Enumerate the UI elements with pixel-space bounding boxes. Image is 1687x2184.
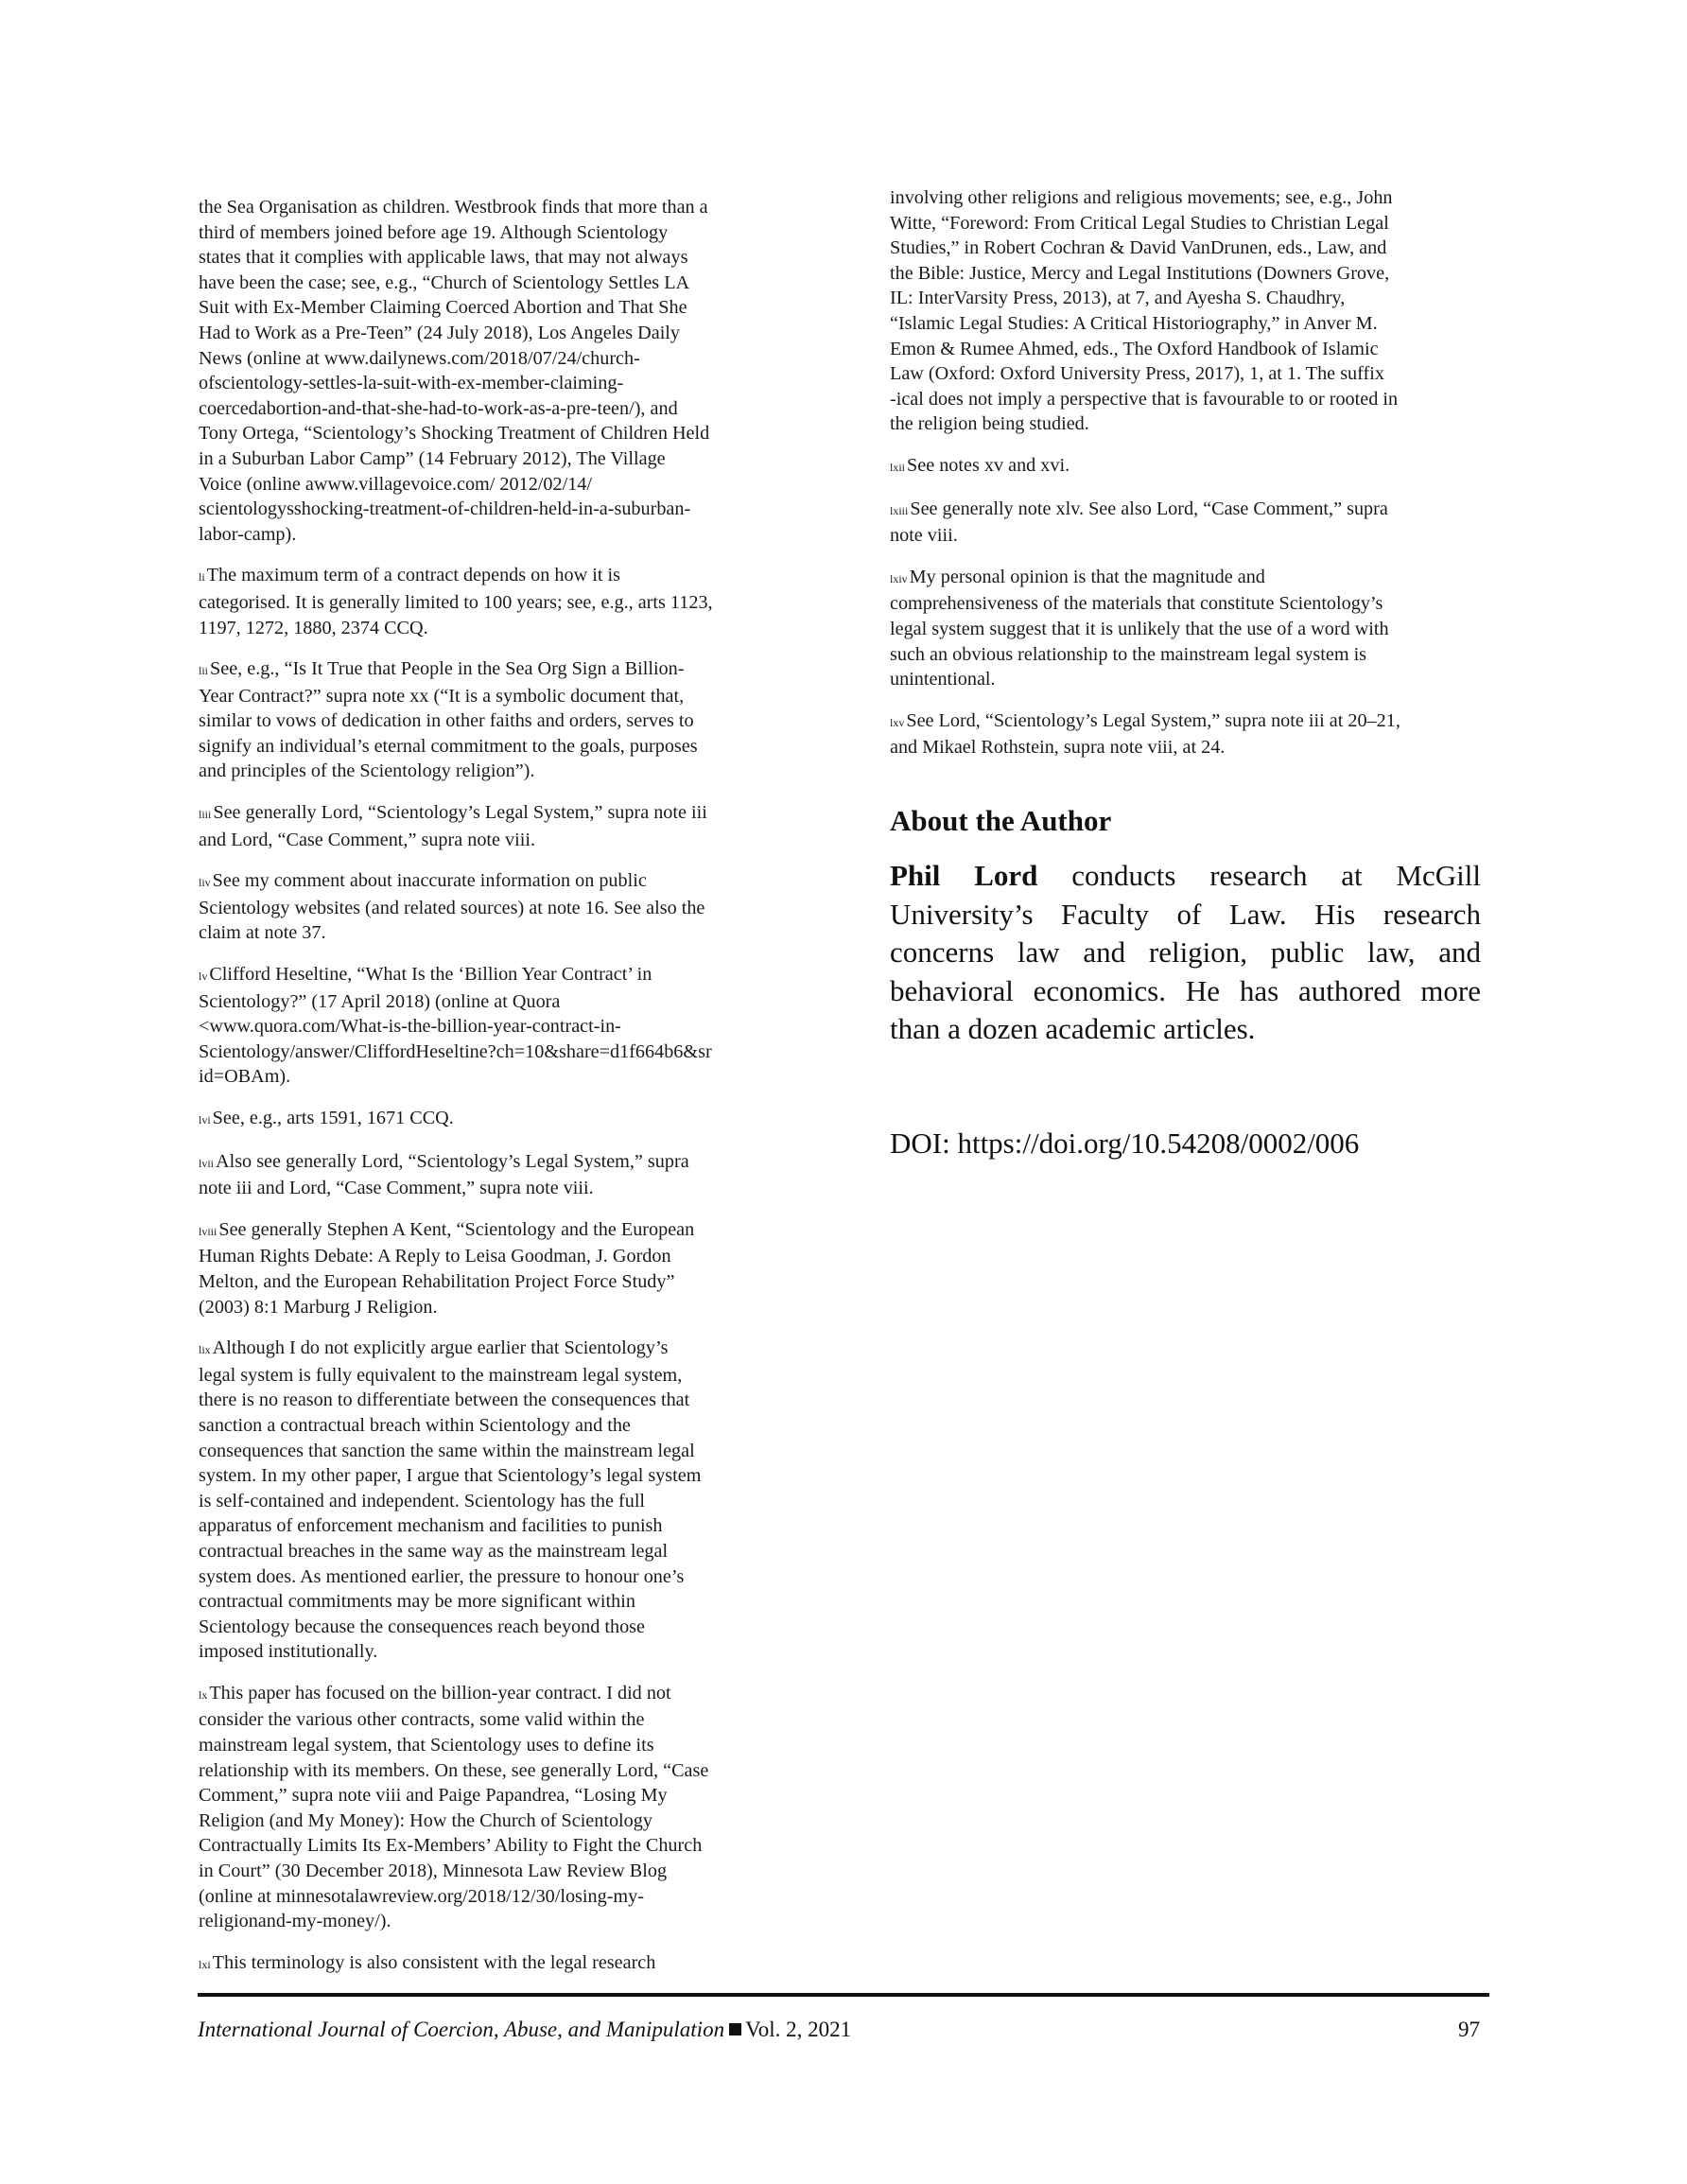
footnote: involving other religions and religious … [890,185,1481,437]
footnote-marker: lii [199,664,208,677]
footnote-marker: lvii [199,1157,214,1170]
footnote-marker: lxii [890,461,905,474]
footnote-line: religionand-my-money/). [199,1909,790,1934]
footnote-line: labor-camp). [199,522,790,548]
footnote: lviSee, e.g., arts 1591, 1671 CCQ. [199,1106,790,1133]
footnote-line: mainstream legal system, that Scientolog… [199,1733,790,1758]
footnote-line: contractual commitments may be more sign… [199,1589,790,1615]
footnote-line: states that it complies with applicable … [199,245,790,271]
footnote-marker: lviii [199,1225,217,1238]
footnote-line: <www.quora.com/What-is-the-billion-year-… [199,1014,790,1040]
footnote-line: Religion (and My Money): How the Church … [199,1808,790,1834]
footnote-line: claim at note 37. [199,920,790,946]
footnote-line: such an obvious relationship to the main… [890,642,1481,668]
footnote-line: lxvSee Lord, “Scientology’s Legal System… [890,708,1481,736]
footnote-line: and Mikael Rothstein, supra note viii, a… [890,735,1481,760]
left-footnote-column: the Sea Organisation as children. Westbr… [199,195,790,1993]
footnote: lxivMy personal opinion is that the magn… [890,565,1481,692]
footnote-line: relationship with its members. On these,… [199,1758,790,1784]
footnote-line: legal system is fully equivalent to the … [199,1363,790,1389]
footnote: liiiSee generally Lord, “Scientology’s L… [199,800,790,852]
footnote-line: Scientology because the consequences rea… [199,1615,790,1640]
author-bio: Phil Lord conducts research at McGill Un… [890,857,1481,1049]
footnote-line: liiSee, e.g., “Is It True that People in… [199,656,790,684]
footnote-line: lviiiSee generally Stephen A Kent, “Scie… [199,1217,790,1245]
footnote-marker: li [199,570,205,584]
footnote-line: and Lord, “Case Comment,” supra note vii… [199,828,790,853]
footnote-line: 1197, 1272, 1880, 2374 CCQ. [199,616,790,641]
footnote-line: Human Rights Debate: A Reply to Leisa Go… [199,1244,790,1269]
footnote-line: lxiiiSee generally note xlv. See also Lo… [890,497,1481,524]
footnote-line: system does. As mentioned earlier, the p… [199,1564,790,1590]
footnote-line: in Court” (30 December 2018), Minnesota … [199,1859,790,1884]
footnote-line: lixAlthough I do not explicitly argue ea… [199,1336,790,1363]
footnote-line: Emon & Rumee Ahmed, eds., The Oxford Han… [890,337,1481,362]
footnote-line: sanction a contractual breach within Sci… [199,1413,790,1439]
footnote-line: lxiThis terminology is also consistent w… [199,1950,790,1978]
right-footnote-column: involving other religions and religious … [890,185,1481,777]
footnote-marker: lxi [199,1958,211,1971]
footnote-line: (2003) 8:1 Marburg J Religion. [199,1295,790,1320]
footnote-line: ofscientology-settles-la-suit-with-ex-me… [199,371,790,396]
footnote-line: Tony Ortega, “Scientology’s Shocking Tre… [199,421,790,446]
page-footer: International Journal of Coercion, Abuse… [198,2015,1489,2045]
footnote-line: id=OBAm). [199,1064,790,1090]
about-author-heading: About the Author [890,803,1111,839]
footnote-line: consequences that sanction the same with… [199,1439,790,1464]
footnote-line: scientologysshocking-treatment-of-childr… [199,497,790,522]
footnote-marker: liv [199,876,211,889]
footnote: lixAlthough I do not explicitly argue ea… [199,1336,790,1665]
footnote-line: Melton, and the European Rehabilitation … [199,1269,790,1295]
footnote-line: imposed institutionally. [199,1639,790,1665]
footnote-line: the Bible: Justice, Mercy and Legal Inst… [890,261,1481,287]
footnote-line: and principles of the Scientology religi… [199,759,790,784]
footnote-line: coercedabortion-and-that-she-had-to-work… [199,396,790,422]
footnote-line: Scientology/answer/CliffordHeseltine?ch=… [199,1040,790,1065]
footnote-line: Law (Oxford: Oxford University Press, 20… [890,361,1481,387]
footnote-marker: lix [199,1343,211,1356]
footnote-marker: lvi [199,1113,211,1127]
footnote: liThe maximum term of a contract depends… [199,563,790,640]
footnote: lvClifford Heseltine, “What Is the ‘Bill… [199,962,790,1090]
footnote-line: liiiSee generally Lord, “Scientology’s L… [199,800,790,828]
footnote-line: comprehensiveness of the materials that … [890,591,1481,617]
footnote-line: similar to vows of dedication in other f… [199,708,790,734]
footnote-line: Suit with Ex-Member Claiming Coerced Abo… [199,295,790,321]
author-bio-line: concerns law and religion, public law, a… [890,934,1481,972]
footnote-line: Witte, “Foreword: From Critical Legal St… [890,211,1481,236]
footnote-line: system. In my other paper, I argue that … [199,1463,790,1489]
footnote-line: IL: InterVarsity Press, 2013), at 7, and… [890,286,1481,311]
footnote: lviiiSee generally Stephen A Kent, “Scie… [199,1217,790,1319]
footnote-marker: lx [199,1688,207,1702]
footnote: lxiiiSee generally note xlv. See also Lo… [890,497,1481,549]
footnote-marker: lv [199,970,207,983]
footnote-line: (online at minnesotalawreview.org/2018/1… [199,1884,790,1910]
footnote-line: in a Suburban Labor Camp” (14 February 2… [199,446,790,472]
footnote-line: lxThis paper has focused on the billion-… [199,1681,790,1708]
footnote-marker: lxv [890,716,904,729]
footnote-line: lxivMy personal opinion is that the magn… [890,565,1481,592]
footnote-line: lxiiSee notes xv and xvi. [890,453,1481,480]
footnote: liiSee, e.g., “Is It True that People in… [199,656,790,784]
footnote-line: News (online at www.dailynews.com/2018/0… [199,346,790,372]
doi-link[interactable]: DOI: https://doi.org/10.54208/0002/006 [890,1126,1359,1162]
footnote-line: lviiAlso see generally Lord, “Scientolog… [199,1149,790,1177]
footnote-line: is self-contained and independent. Scien… [199,1489,790,1514]
author-bio-line: University’s Faculty of Law. His researc… [890,896,1481,935]
footnote-line: unintentional. [890,667,1481,692]
footnote-line: involving other religions and religious … [890,185,1481,211]
footnote-line: Voice (online awww.villagevoice.com/ 201… [199,472,790,498]
author-bio-line: Phil Lord conducts research at McGill [890,857,1481,896]
footnote-line: note viii. [890,523,1481,549]
footnote-line: Scientology websites (and related source… [199,896,790,921]
footnote-line: Studies,” in Robert Cochran & David VanD… [890,236,1481,261]
footnote-marker: lxiii [890,504,908,517]
footnote-line: categorised. It is generally limited to … [199,590,790,616]
journal-volume: Vol. 2, 2021 [745,2018,851,2041]
footnote-line: apparatus of enforcement mechanism and f… [199,1513,790,1539]
footnote-line: signify an individual’s eternal commitme… [199,734,790,760]
footnote: lxiiSee notes xv and xvi. [890,453,1481,480]
footnote-line: the religion being studied. [890,411,1481,437]
footnote-marker: liii [199,808,211,821]
footnote-line: there is no reason to differentiate betw… [199,1388,790,1413]
footnote-line: the Sea Organisation as children. Westbr… [199,195,790,220]
author-bio-line: than a dozen academic articles. [890,1010,1481,1049]
page-number: 97 [1458,2015,1480,2045]
author-bio-line: behavioral economics. He has authored mo… [890,972,1481,1011]
journal-title: International Journal of Coercion, Abuse… [198,2018,724,2041]
footnote-line: liThe maximum term of a contract depends… [199,563,790,590]
footnote-line: note iii and Lord, “Case Comment,” supra… [199,1176,790,1201]
footnote-line: Scientology?” (17 April 2018) (online at… [199,989,790,1015]
footnote: lviiAlso see generally Lord, “Scientolog… [199,1149,790,1201]
footnote-line: have been the case; see, e.g., “Church o… [199,271,790,296]
footer-divider [198,1993,1489,1997]
footnote-line: Comment,” supra note viii and Paige Papa… [199,1783,790,1808]
footnote-line: “Islamic Legal Studies: A Critical Histo… [890,311,1481,337]
footnote-line: -ical does not imply a perspective that … [890,387,1481,412]
footnote-line: livSee my comment about inaccurate infor… [199,868,790,896]
author-name: Phil Lord [890,859,1037,892]
footnote: the Sea Organisation as children. Westbr… [199,195,790,547]
footnote-line: Had to Work as a Pre-Teen” (24 July 2018… [199,321,790,346]
square-bullet-icon [729,2023,741,2035]
footnote: lxvSee Lord, “Scientology’s Legal System… [890,708,1481,760]
footnote-line: Year Contract?” supra note xx (“It is a … [199,684,790,709]
footnote-line: lviSee, e.g., arts 1591, 1671 CCQ. [199,1106,790,1133]
footnote-line: consider the various other contracts, so… [199,1707,790,1733]
footnote-line: legal system suggest that it is unlikely… [890,617,1481,642]
footnote: lxThis paper has focused on the billion-… [199,1681,790,1934]
footnote-line: lvClifford Heseltine, “What Is the ‘Bill… [199,962,790,989]
footnote: livSee my comment about inaccurate infor… [199,868,790,946]
footnote: lxiThis terminology is also consistent w… [199,1950,790,1978]
footnote-marker: lxiv [890,572,908,585]
footnote-line: contractual breaches in the same way as … [199,1539,790,1564]
footnote-line: third of members joined before age 19. A… [199,220,790,246]
footnote-line: Contractually Limits Its Ex-Members’ Abi… [199,1833,790,1859]
